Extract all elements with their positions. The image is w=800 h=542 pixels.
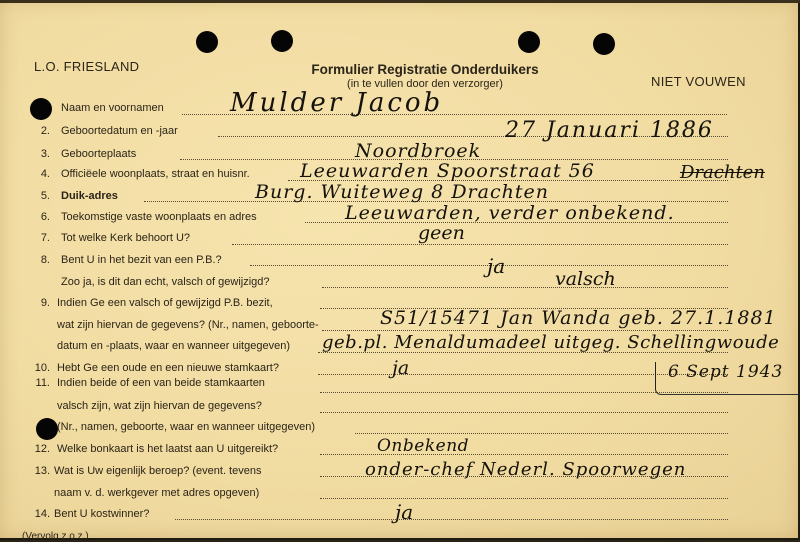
field-label-registration-cards: Hebt Ge een oude en een nieuwe stamkaart… <box>57 362 279 374</box>
field-label-church: Tot welke Kerk behoort U? <box>61 232 190 244</box>
answer-pb-type: valsch <box>555 268 616 290</box>
answer-birthplace: Noordbroek <box>355 140 481 162</box>
field-label-birthplace: Geboorteplaats <box>61 148 136 160</box>
field-label-birthdate: Geboortedatum en -jaar <box>61 125 178 137</box>
field-label-ration-card: Welke bonkaart is het laatst aan U uitge… <box>57 443 278 455</box>
field-number: 2. <box>28 125 50 137</box>
punch-hole <box>196 31 218 53</box>
field-label-pb-type: Zoo ja, is dit dan echt, valsch of gewij… <box>61 276 270 288</box>
answer-line <box>175 519 728 520</box>
answer-church: geen <box>418 222 465 244</box>
answer-line <box>320 412 728 413</box>
field-number: 12. <box>28 443 50 455</box>
field-label-false-pb: Indien Ge een valsch of gewijzigd P.B. b… <box>57 297 273 309</box>
punch-hole <box>518 31 540 53</box>
answer-birthdate: 27 Januari 1886 <box>505 118 714 143</box>
card-top-edge <box>0 0 800 3</box>
answer-official-residence: Leeuwarden Spoorstraat 56 <box>300 160 595 182</box>
answer-breadwinner: ja <box>395 500 413 524</box>
side-note-date: 6 Sept 1943 <box>668 362 783 382</box>
field-label-future-residence: Toekomstige vaste woonplaats en adres <box>61 211 257 223</box>
answer-registration-cards: ja <box>392 357 409 379</box>
field-label-breadwinner: Bent U kostwinner? <box>54 508 149 520</box>
field-label-name: Naam en voornamen <box>61 102 164 114</box>
field-label-false-pb-issued: datum en -plaats, waar en wanneer uitgeg… <box>57 340 290 352</box>
field-number: 4. <box>28 168 50 180</box>
answer-line <box>322 287 728 288</box>
field-label-official-residence: Officiëele woonplaats, straat en huisnr. <box>61 168 250 180</box>
struck-out-text: Drachten <box>680 162 765 183</box>
field-number: 11. <box>28 377 50 389</box>
field-label-false-cards: Indien beide of een van beide stamkaarte… <box>57 377 265 389</box>
field-number: 10. <box>28 362 50 374</box>
answer-hiding-address: Burg. Wuiteweg 8 Drachten <box>255 181 549 203</box>
field-label-pb-ownership: Bent U in het bezit van een P.B.? <box>61 254 222 266</box>
field-number: 14. <box>28 508 50 520</box>
answer-false-pb-issued: geb.pl. Menaldumadeel uitgeg. Schellingw… <box>322 332 779 353</box>
registration-form-card: L.O. FRIESLAND Formulier Registratie Ond… <box>0 0 800 540</box>
answer-name: Mulder Jacob <box>230 88 443 118</box>
field-number: 13. <box>28 465 50 477</box>
answer-false-pb-details: S51/15471 Jan Wanda geb. 27.1.1881 <box>380 307 777 329</box>
punch-hole <box>271 30 293 52</box>
field-number: 7. <box>28 232 50 244</box>
continued-overleaf-note: (Vervolg z.o.z.) <box>22 531 89 540</box>
answer-line <box>322 330 728 331</box>
punch-hole <box>593 33 615 55</box>
punch-hole <box>36 418 58 440</box>
answer-occupation: onder-chef Nederl. Spoorwegen <box>365 459 686 480</box>
field-label-false-cards-details: valsch zijn, wat zijn hiervan de gegeven… <box>57 400 262 412</box>
field-number: 9. <box>28 297 50 309</box>
field-number: 6. <box>28 211 50 223</box>
punch-hole <box>30 98 52 120</box>
field-label-hiding-address: Duik-adres <box>61 190 118 202</box>
organization-label: L.O. FRIESLAND <box>34 59 139 74</box>
field-label-occupation: Wat is Uw eigenlijk beroep? (event. teve… <box>54 465 261 477</box>
answer-pb-ownership: ja <box>487 254 505 278</box>
form-title: Formulier Registratie Onderduikers <box>265 62 585 77</box>
do-not-fold-notice: NIET VOUWEN <box>651 74 746 89</box>
answer-line <box>320 498 728 499</box>
field-label-false-pb-details: wat zijn hiervan de gegevens? (Nr., name… <box>57 319 319 331</box>
field-label-false-cards-issued: (Nr., namen, geboorte, waar en wanneer u… <box>57 421 315 433</box>
field-label-employer: naam v. d. werkgever met adres opgeven) <box>54 487 259 499</box>
field-number: 8. <box>28 254 50 266</box>
answer-line <box>355 433 728 434</box>
answer-future-residence: Leeuwarden, verder onbekend. <box>345 202 675 224</box>
field-number: 3. <box>28 148 50 160</box>
field-number: 5. <box>28 190 50 202</box>
answer-ration-card: Onbekend <box>377 436 469 456</box>
answer-line <box>232 244 728 245</box>
answer-line <box>320 392 728 393</box>
